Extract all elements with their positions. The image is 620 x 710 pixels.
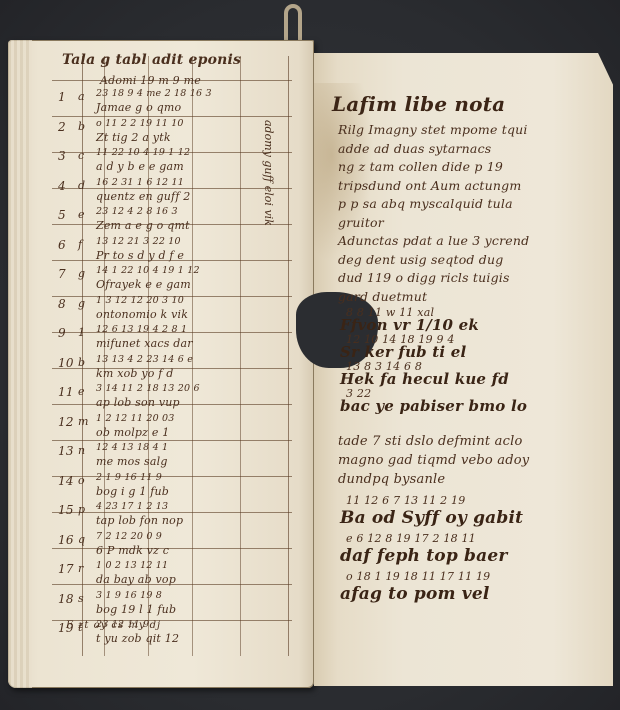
row-number: 16	[58, 533, 74, 547]
row-number: 7	[58, 267, 66, 281]
row-letter: q	[78, 533, 85, 546]
row-number: 5	[58, 208, 66, 222]
row-number: 18	[58, 592, 74, 606]
row-figures: 12 6 13 19 4 2 8 1	[96, 324, 187, 335]
row-letter: m	[78, 415, 89, 428]
row-words: km xob yo f d	[96, 367, 174, 380]
right-page-title: Lafim libe nota	[332, 92, 505, 116]
numeral-row: o 18 1 19 18 11 17 11 19	[346, 570, 490, 583]
gothic-line: daf feph top baer	[340, 546, 508, 566]
gothic-line: bac ye pabiser bmo lo	[340, 397, 527, 415]
row-letter: a	[78, 90, 85, 103]
row-figures: 3 14 11 2 18 13 20 6	[96, 383, 200, 394]
text-line: magno gad tiqmd vebo adoy	[338, 453, 529, 468]
row-words: tap lob fon nop	[96, 514, 183, 527]
row-words: ap lob son vup	[96, 396, 180, 409]
gothic-line: Sr ker fub ti el	[340, 343, 466, 361]
text-line: dud 119 o digg ricls tuigis	[338, 270, 510, 285]
numeral-row: e 6 12 8 19 17 2 18 11	[346, 532, 476, 545]
row-words: Ofrayek e e gam	[96, 278, 191, 291]
row-letter: d	[78, 179, 85, 192]
row-letter: f	[78, 238, 82, 251]
row-letter: s	[78, 592, 84, 605]
row-figures: 12 4 13 18 4 1	[96, 442, 168, 453]
row-words: 6 P mdk vz c	[96, 544, 169, 557]
page-edge-stack	[8, 40, 32, 688]
text-line: Rilg Imagny stet mpome tqui	[338, 122, 528, 137]
text-line: gard duetmut	[338, 289, 427, 304]
row-words: t yu zob qit 12	[96, 632, 179, 645]
row-number: 15	[58, 503, 74, 517]
row-words: bog i g 1 fub	[96, 485, 169, 498]
table-header-row: Adomi 19 m 9 me	[100, 74, 201, 87]
text-line: dundpq bysanle	[338, 472, 445, 487]
row-letter: 1	[78, 326, 85, 339]
gothic-line: Ba od Syff oy gabit	[340, 508, 523, 528]
row-number: 14	[58, 474, 74, 488]
left-page-heading: Tala g tabl adit eponis	[62, 52, 241, 68]
row-figures: 16 2 31 1 6 12 11	[96, 177, 184, 188]
footer-scrawl: F zt oy cs my dj	[66, 620, 161, 631]
row-letter: b	[78, 356, 85, 369]
side-column-text: adomy guff eloi vik	[262, 120, 275, 460]
row-figures: 13 12 21 3 22 10	[96, 236, 181, 247]
row-number: 8	[58, 297, 66, 311]
row-figures: 4 23 17 1 2 13	[96, 501, 168, 512]
row-number: 12	[58, 415, 74, 429]
row-number: 2	[58, 120, 66, 134]
row-words: quentz en guff 2	[96, 190, 191, 203]
row-figures: o 11 2 2 19 11 10	[96, 118, 184, 129]
row-words: mifunet xacs dar	[96, 337, 193, 350]
row-figures: 13 13 4 2 23 14 6 e	[96, 354, 193, 365]
row-letter: o	[78, 474, 85, 487]
gothic-line: Ffvon vr 1/10 ek	[340, 316, 479, 334]
row-figures: 3 1 9 16 19 8	[96, 590, 162, 601]
row-words: ob molpz e 1	[96, 426, 169, 439]
numeral-row: 11 12 6 7 13 11 2 19	[346, 494, 465, 507]
row-number: 6	[58, 238, 66, 252]
row-figures: 11 22 10 4 19 1 12	[96, 147, 190, 158]
row-figures: 1 0 2 13 12 11	[96, 560, 168, 571]
row-letter: n	[78, 444, 85, 457]
row-number: 3	[58, 149, 66, 163]
text-line: tripsdund ont Aum actungm	[338, 178, 521, 193]
gothic-line: Hek fa hecul kue fd	[340, 370, 509, 388]
row-letter: c	[78, 149, 84, 162]
row-number: 4	[58, 179, 66, 193]
row-number: 9	[58, 326, 66, 340]
text-line: deg dent usig seqtod dug	[338, 252, 503, 267]
row-words: a d y b e e gam	[96, 160, 184, 173]
text-line: gruitor	[338, 215, 384, 230]
text-line: tade 7 sti dslo defmint aclo	[338, 434, 522, 449]
row-letter: e	[78, 385, 85, 398]
row-words: da bay ab vop	[96, 573, 176, 586]
row-figures: 7 2 12 20 0 9	[96, 531, 162, 542]
row-words: Jamae g o qmo	[96, 101, 181, 114]
row-letter: r	[78, 562, 83, 575]
row-number: 17	[58, 562, 74, 576]
row-letter: p	[78, 503, 85, 516]
row-words: bog 19 l 1 fub	[96, 603, 176, 616]
gothic-line: afag to pom vel	[340, 584, 490, 604]
row-number: 11	[58, 385, 74, 399]
row-number: 10	[58, 356, 74, 370]
row-letter: b	[78, 120, 85, 133]
row-figures: 1 2 12 11 20 03	[96, 413, 175, 424]
row-letter: g	[78, 267, 85, 280]
text-line: adde ad duas sytarnacs	[338, 141, 491, 156]
row-number: 1	[58, 90, 66, 104]
row-figures: 14 1 22 10 4 19 1 12	[96, 265, 200, 276]
row-words: Pr to s d y d f e	[96, 249, 184, 262]
row-figures: 23 18 9 4 me 2 18 16 3	[96, 88, 212, 99]
row-letter: e	[78, 208, 85, 221]
row-figures: 1 3 12 12 20 3 10	[96, 295, 184, 306]
text-line: ng z tam collen dide p 19	[338, 159, 503, 174]
row-letter: g	[78, 297, 85, 310]
row-words: me mos salg	[96, 455, 168, 468]
row-figures: 2 1 9 16 11 9	[96, 472, 162, 483]
text-line: Adunctas pdat a lue 3 ycrend	[338, 233, 529, 248]
row-words: Zt tig 2 a ytk	[96, 131, 171, 144]
row-number: 13	[58, 444, 74, 458]
text-line: p p sa abq myscalquid tula	[338, 196, 513, 211]
row-figures: 23 12 4 2 8 16 3	[96, 206, 178, 217]
row-words: ontonomio k vik	[96, 308, 188, 321]
row-words: Zem a e g o qmt	[96, 219, 190, 232]
